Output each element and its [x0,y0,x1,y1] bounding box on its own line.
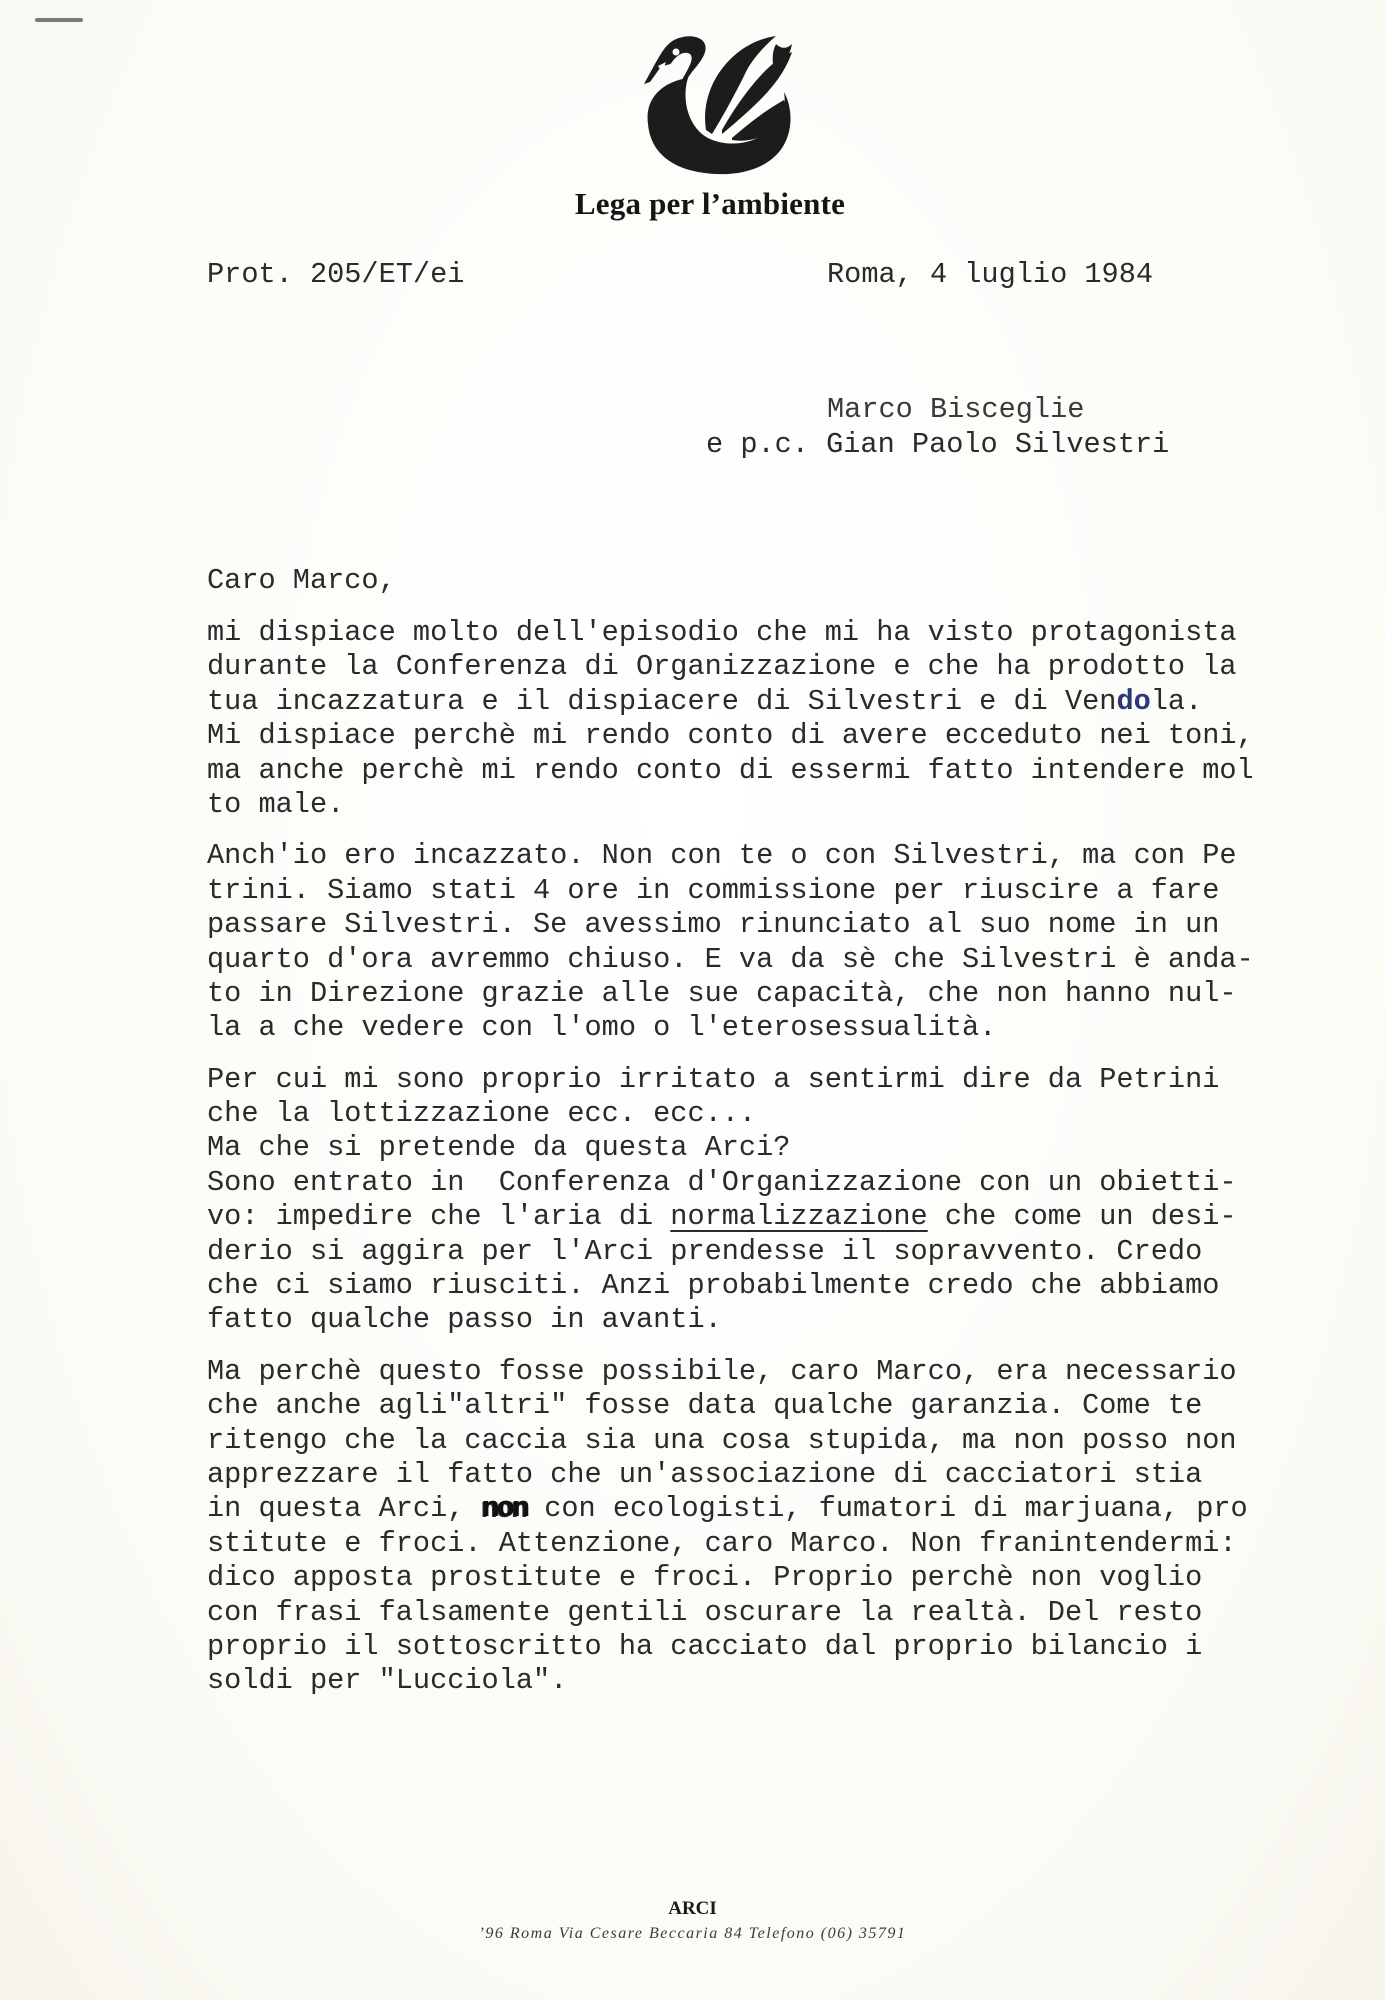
paragraph: Anch'io ero incazzato. Non con te o con … [207,839,1307,1045]
letter-line: mi dispiace molto dell'episodio che mi h… [207,616,1307,650]
letter-line: stitute e froci. Attenzione, caro Marco.… [207,1527,1307,1561]
letter-line: ma anche perchè mi rendo conto di esserm… [207,754,1307,788]
place-date: Roma, 4 luglio 1984 [827,258,1153,292]
letter-page: Lega per l’ambiente Prot. 205/ET/ei Roma… [0,0,1385,2000]
letter-line: quarto d'ora avremmo chiuso. E va da sè … [207,943,1307,977]
letter-body: mi dispiace molto dell'episodio che mi h… [207,616,1307,1716]
letter-line: Ma che si pretende da questa Arci? [207,1131,1307,1165]
ink-correction: do [1116,685,1150,718]
footer-organization: ARCI [0,1898,1385,1920]
swan-icon [636,26,794,176]
footer-address: ’96 Roma Via Cesare Beccaria 84 Telefono… [0,1925,1385,1943]
organization-name: Lega per l’ambiente [0,186,1385,222]
letter-line: proprio il sottoscritto ha cacciato dal … [207,1630,1307,1664]
paragraph: Ma perchè questo fosse possibile, caro M… [207,1355,1307,1699]
letter-line: Ma perchè questo fosse possibile, caro M… [207,1355,1307,1389]
letter-line: durante la Conferenza di Organizzazione … [207,650,1307,684]
struck-word: non [482,1492,527,1525]
cc-recipient: e p.c. Gian Paolo Silvestri [706,428,1169,462]
letter-line: derio si aggira per l'Arci prendesse il … [207,1235,1307,1269]
paragraph: Per cui mi sono proprio irritato a senti… [207,1063,1307,1338]
letter-line: apprezzare il fatto che un'associazione … [207,1458,1307,1492]
letter-line: to in Direzione grazie alle sue capacità… [207,977,1307,1011]
letter-line: to male. [207,788,1307,822]
salutation: Caro Marco, [207,564,396,598]
letter-line: Per cui mi sono proprio irritato a senti… [207,1063,1307,1097]
letter-line: con frasi falsamente gentili oscurare la… [207,1596,1307,1630]
letter-line: dico apposta prostitute e froci. Proprio… [207,1561,1307,1595]
letter-line: trini. Siamo stati 4 ore in commissione … [207,874,1307,908]
letter-line: ritengo che la caccia sia una cosa stupi… [207,1424,1307,1458]
letter-line: che ci siamo riusciti. Anzi probabilment… [207,1269,1307,1303]
paragraph: mi dispiace molto dell'episodio che mi h… [207,616,1307,822]
letter-line: soldi per "Lucciola". [207,1664,1307,1698]
letter-line: Mi dispiace perchè mi rendo conto di ave… [207,719,1307,753]
letter-line: che la lottizzazione ecc. ecc... [207,1097,1307,1131]
letter-line: tua incazzatura e il dispiacere di Silve… [207,685,1307,719]
letter-line: passare Silvestri. Se avessimo rinunciat… [207,908,1307,942]
letter-line: fatto qualche passo in avanti. [207,1303,1307,1337]
recipient: Marco Bisceglie [827,393,1084,427]
letter-line: che anche agli"altri" fosse data qualche… [207,1389,1307,1423]
letter-line: Sono entrato in Conferenza d'Organizzazi… [207,1166,1307,1200]
letter-line: la a che vedere con l'omo o l'eterosessu… [207,1011,1307,1045]
letter-line: in questa Arci, non con ecologisti, fuma… [207,1492,1307,1526]
underlined-word: normalizzazione [670,1200,927,1233]
staple-mark [35,18,83,22]
protocol-number: Prot. 205/ET/ei [207,258,464,292]
letter-line: Anch'io ero incazzato. Non con te o con … [207,839,1307,873]
letter-line: vo: impedire che l'aria di normalizzazio… [207,1200,1307,1234]
